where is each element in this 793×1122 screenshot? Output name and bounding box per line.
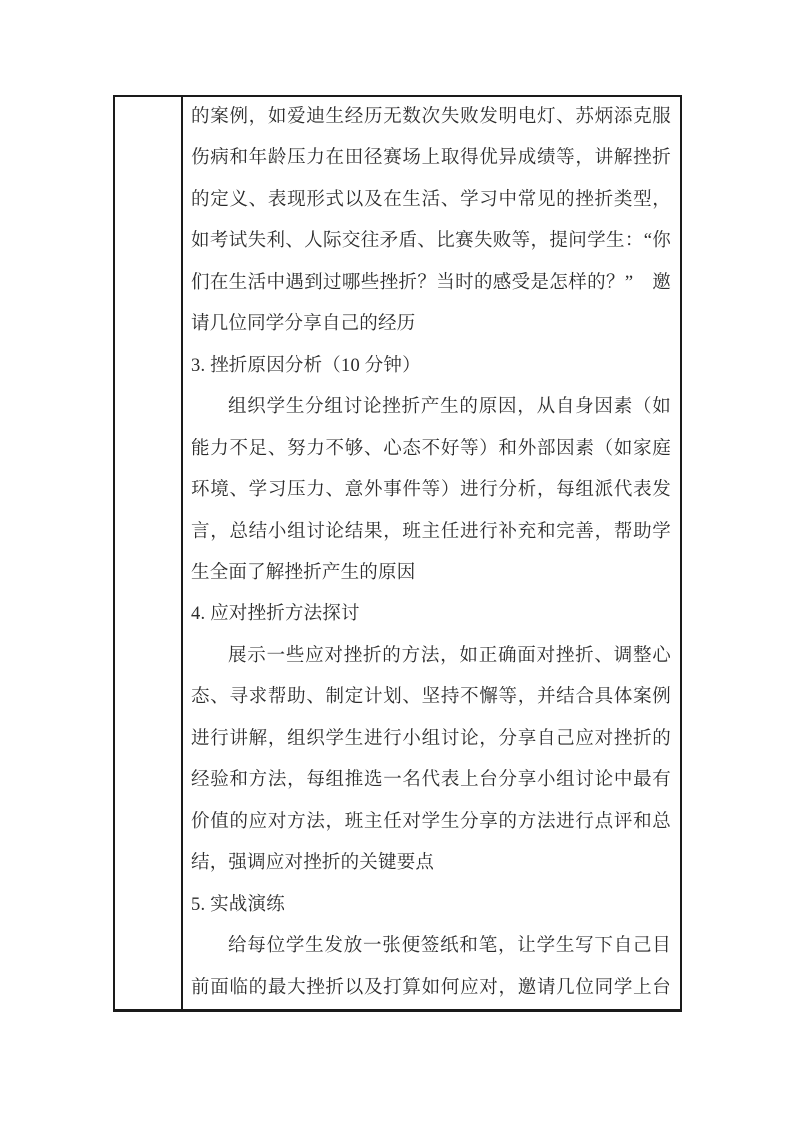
step-4-body-paragraph: 展示一些应对挫折的方法，如正确面对挫折、调整心态、寻求帮助、制定计划、坚持不懈等…: [191, 636, 671, 885]
table-content-cell: 的案例，如爱迪生经历无数次失败发明电灯、苏炳添克服伤病和年龄压力在田径赛场上取得…: [183, 97, 680, 1009]
step-3-body-paragraph: 组织学生分组讨论挫折产生的原因，从自身因素（如能力不足、努力不够、心态不好等）和…: [191, 387, 671, 594]
step-4-heading: 4. 应对挫折方法探讨: [191, 594, 671, 635]
table-row-label-cell: [115, 97, 183, 1009]
step-3-heading: 3. 挫折原因分析（10 分钟）: [191, 346, 671, 387]
step-5-heading: 5. 实战演练: [191, 885, 671, 926]
teaching-step-continuation-paragraph: 的案例，如爱迪生经历无数次失败发明电灯、苏炳添克服伤病和年龄压力在田径赛场上取得…: [191, 97, 671, 346]
lesson-plan-table: 的案例，如爱迪生经历无数次失败发明电灯、苏炳添克服伤病和年龄压力在田径赛场上取得…: [113, 95, 682, 1012]
document-page: 的案例，如爱迪生经历无数次失败发明电灯、苏炳添克服伤病和年龄压力在田径赛场上取得…: [0, 0, 793, 1122]
step-5-body-paragraph: 给每位学生发放一张便签纸和笔，让学生写下自己目前面临的最大挫折以及打算如何应对，…: [191, 926, 671, 1009]
